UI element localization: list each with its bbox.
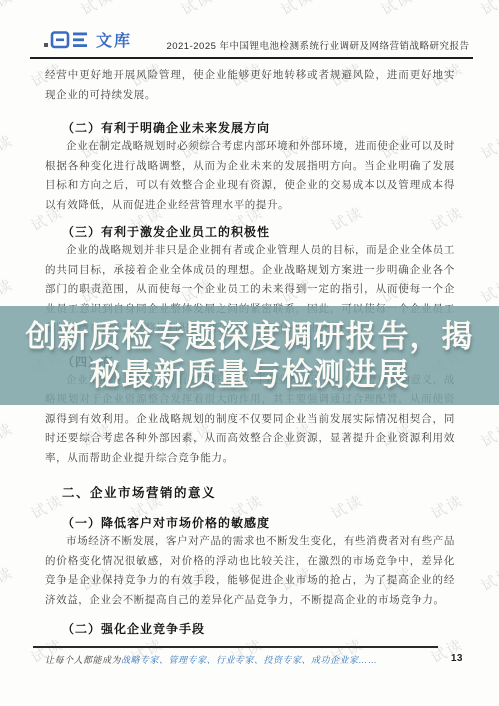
- brand-logo-icon: [44, 30, 92, 50]
- watermark-text: 试读: [177, 0, 217, 20]
- paragraph-direction: 企业在制定战略规划时必须综合考虑内部环境和外部环境，进而使企业可以及时根据各种变…: [45, 137, 455, 215]
- watermark-text: 试读: [477, 417, 499, 452]
- brand-logo-text: 文库: [96, 28, 132, 51]
- watermark-text: 试读: [377, 0, 417, 20]
- report-title: 2021-2025 年中国锂电池检测系统行业调研及网络营销战略研究报告: [165, 38, 471, 52]
- page-footer: 让每个人都能成为战略专家、管理专家、行业专家、投资专家、成功企业家…… 13: [45, 653, 465, 666]
- watermark-text: 试读: [477, 129, 499, 164]
- header-divider: [30, 57, 473, 59]
- section-heading-direction: （二）有利于明确企业未来发展方向: [62, 120, 455, 137]
- paragraph-intro: 经营中更好地开展风险管理，使企业能够更好地转移或者规避风险，进而更好地实现企业的…: [45, 66, 455, 105]
- watermark-text: 试读: [0, 417, 17, 452]
- page-number: 13: [451, 653, 463, 664]
- watermark-text: 试读: [77, 0, 117, 20]
- section-heading-motivation: （三）有利于激发企业员工的积极性: [62, 224, 455, 241]
- section-heading-competition: （二）强化企业竞争手段: [62, 621, 455, 638]
- watermark-text: 试读: [0, 0, 17, 20]
- watermark-text: 试读: [0, 273, 17, 308]
- watermark-text: 试读: [477, 0, 499, 20]
- page-header: 文库 2021-2025 年中国锂电池检测系统行业调研及网络营销战略研究报告: [30, 26, 471, 58]
- promo-banner-line2: 秘最新质量与检测进展: [90, 356, 410, 394]
- promo-banner-line1: 创新质检专题深度调研报告，揭: [26, 318, 474, 356]
- paragraph-price: 市场经济不断发展，客户对产品的需求也不断发生变化，有些消费者对有些产品的价格变化…: [45, 532, 455, 610]
- watermark-text: 试读: [477, 273, 499, 308]
- footer-slogan-highlight: 战略专家、管理专家、行业专家、投资专家、成功企业家……: [121, 655, 378, 665]
- watermark-text: 试读: [0, 561, 17, 596]
- promo-banner: 创新质检专题深度调研报告，揭 秘最新质量与检测进展: [0, 306, 499, 405]
- footer-slogan-prefix: 让每个人都能成为: [45, 655, 121, 665]
- watermark-text: 试读: [0, 129, 17, 164]
- section-heading-marketing: 二、企业市场营销的意义: [62, 485, 455, 502]
- brand-logo: 文库: [44, 28, 132, 51]
- watermark-text: 试读: [477, 561, 499, 596]
- footer-divider: [33, 646, 438, 648]
- watermark-text: 试读: [277, 0, 317, 20]
- section-heading-price: （一）降低客户对市场价格的敏感度: [62, 515, 455, 532]
